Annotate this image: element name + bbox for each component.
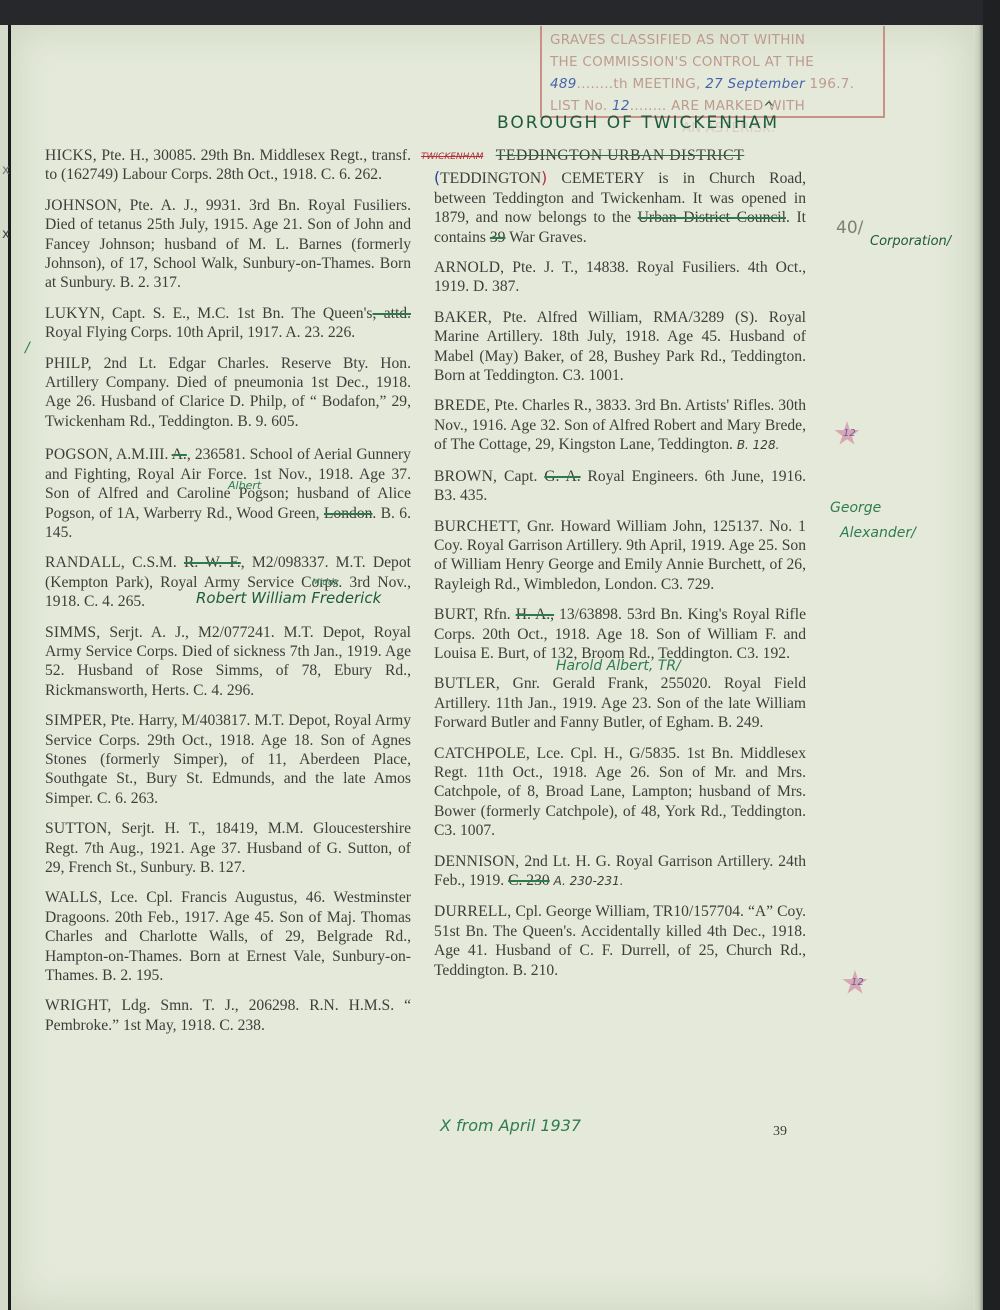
star-label: 12 [851,977,864,988]
entry-baker: BAKER, Pte. Alfred William, RMA/3289 (S)… [434,308,806,386]
classification-stamp: GRAVES CLASSIFIED AS NOT WITHIN THE COMM… [540,26,885,118]
margin-x-mark: x [2,163,10,178]
entry-walls: WALLS, Lce. Cpl. Francis Augustus, 46. W… [45,888,411,985]
handwritten-albert: Albert [228,479,261,492]
handwritten-alexander: Alexander/ [840,525,916,541]
entry-burt: BURT, Rfn. H. A., 13/63898. 53rd Bn. Kin… [434,605,806,663]
struck-text: Urban District Council [638,209,786,226]
cemetery-intro: (TEDDINGTON) CEMETERY is in Church Road,… [434,169,806,247]
entry-butler: BUTLER, Gnr. Gerald Frank, 255020. Royal… [434,674,806,732]
handwritten-corporation: Corporation/ [870,234,951,249]
struck-text: H. A., [516,606,554,623]
stamp-line-2: THE COMMISSION'S CONTROL AT THE [550,51,875,73]
caret-mark: ^ [763,100,775,116]
entry-hicks: HICKS, Pte. H., 30085. 29th Bn. Middlese… [45,146,411,185]
handwritten-footer-note: X from April 1937 [440,1116,581,1135]
entry-philp: PHILP, 2nd Lt. Edgar Charles. Reserve Bt… [45,354,411,432]
entry-arnold: ARNOLD, Pte. J. T., 14838. Royal Fusilie… [434,258,806,297]
struck-heading: TEDDINGTON URBAN DISTRICT [434,146,806,165]
struck-text: C. 230 [508,872,550,889]
right-column: TEDDINGTON URBAN DISTRICT (TEDDINGTON) C… [434,146,806,991]
entry-dennison: DENNISON, 2nd Lt. H. G. Royal Garrison A… [434,852,806,892]
struck-count: 39 [490,229,506,246]
entry-pogson: POGSON, A.M.III. A., 236581. School of A… [45,445,411,542]
struck-text: London [324,505,373,522]
struck-text: G. A. [544,468,580,485]
entry-brede: BREDE, Pte. Charles R., 3833. 3rd Bn. Ar… [434,396,806,455]
entry-brown: BROWN, Capt. G. A. Royal Engineers. 6th … [434,467,806,506]
margin-tick-mark: / [25,340,30,356]
handwritten-heading: BOROUGH OF TWICKENHAM [497,113,779,133]
entry-simms: SIMMS, Serjt. A. J., M2/077241. M.T. Dep… [45,623,411,701]
page-number: 39 [773,1124,787,1140]
struck-text: A. [172,446,187,463]
star-label: 12 [843,428,856,439]
struck-text: , attd. [372,305,411,322]
entry-wright: WRIGHT, Ldg. Smn. T. J., 206298. R.N. H.… [45,996,411,1035]
scanner-background-top [0,0,1000,28]
entry-catchpole: CATCHPOLE, Lce. Cpl. H., G/5835. 1st Bn.… [434,744,806,841]
handwritten-robert-william-frederick: Robert William Frederick [196,589,381,607]
page-fore-edge [973,25,983,1310]
stamp-meeting-date: 27 September [705,76,805,92]
struck-text: R. W. F. [184,554,241,571]
entry-durrell: DURRELL, Cpl. George William, TR10/15770… [434,902,806,980]
handwritten-harold-albert: Harold Albert, TR/ [556,658,681,674]
margin-x-mark: x [2,227,10,242]
entry-sutton: SUTTON, Serjt. H. T., 18419, M.M. Glouce… [45,819,411,877]
handwritten-george: George [830,500,881,516]
stamp-meeting-number: 489 [550,76,577,92]
facing-page-edge [0,25,11,1310]
entry-simper: SIMPER, Pte. Harry, M/403817. M.T. Depot… [45,711,411,808]
entry-johnson: JOHNSON, Pte. A. J., 9931. 3rd Bn. Royal… [45,196,411,293]
stamp-list-number: 12 [612,98,630,114]
stamp-meeting-line: 489........th MEETING, 27 September 196.… [550,73,875,95]
entry-burchett: BURCHETT, Gnr. Howard William John, 1251… [434,517,806,595]
handwritten-middx: Middx [312,578,339,588]
handwritten-count: 40/ [836,218,863,238]
scanner-background-right [983,0,1000,1310]
stamp-line-1: GRAVES CLASSIFIED AS NOT WITHIN [550,29,875,51]
entry-lukyn: LUKYN, Capt. S. E., M.C. 1st Bn. The Que… [45,304,411,343]
